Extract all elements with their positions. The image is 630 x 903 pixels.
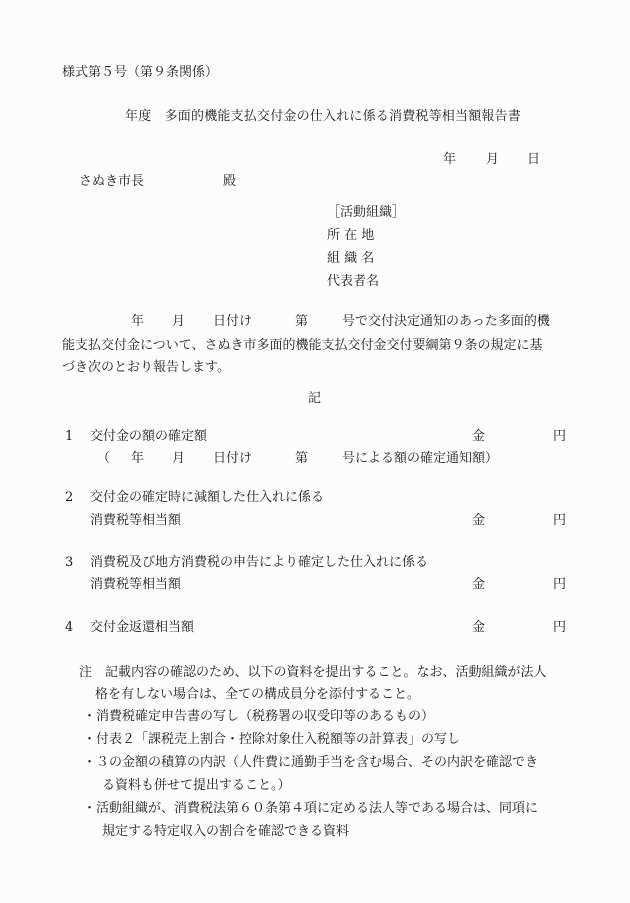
item-number: 4 <box>65 621 73 634</box>
body-line-3: づき次のとおり報告します。 <box>62 361 230 374</box>
item-1-yen: 円 <box>553 430 566 443</box>
date-year-label: 年 <box>443 153 456 166</box>
body-month-label: 月 <box>172 315 185 328</box>
notice-year-label: 年 <box>131 452 144 465</box>
notice-open-paren: （ <box>97 452 110 465</box>
item-4-yen: 円 <box>553 621 566 634</box>
item-1-notice-line: （ 年 月 日付け 第 号による額の確定通知額） <box>0 452 630 466</box>
item-3-yen: 円 <box>553 578 566 591</box>
notice-rest: 号による額の確定通知額） <box>342 452 498 465</box>
note-bullet-3: ・３の金額の積算の内訳（人件費に通勤手当を含む場合、その内訳を確認でき <box>83 756 538 769</box>
note-bullet-2: ・付表２「課税売上割合・控除対象仕入税額等の計算表」の写し <box>83 733 460 746</box>
body-dated-label: 日付け <box>213 315 252 328</box>
addressee-honorific: 殿 <box>223 175 236 188</box>
organization-heading: ［活動組織］ <box>327 206 405 229</box>
item-label: 交付金の額の確定額 <box>90 430 207 443</box>
item-2-line-2: 消費税等相当額 <box>90 514 181 527</box>
date-day-label: 日 <box>527 153 540 166</box>
document-title: 年度 多面的機能支払交付金の仕入れに係る消費税等相当額報告書 <box>125 110 521 123</box>
item-label: 交付金の確定時に減額した仕入れに係る <box>90 491 324 504</box>
organization-name-label: 組 織 名 <box>327 252 405 275</box>
item-label: 消費税及び地方消費税の申告により確定した仕入れに係る <box>90 556 428 569</box>
item-number: 3 <box>65 556 73 569</box>
date-month-label: 月 <box>486 153 499 166</box>
note-bullet-4-cont: 規定する特定収入の割合を確認できる資料 <box>102 825 349 838</box>
addressee-name: さぬき市長 <box>79 174 144 189</box>
item-label: 交付金返還相当額 <box>90 621 194 634</box>
item-3-kin: 金 <box>472 578 485 591</box>
body-number-label: 第 <box>295 315 308 328</box>
notice-dated-label: 日付け <box>213 452 252 465</box>
form-number: 様式第５号（第９条関係） <box>62 66 218 79</box>
item-number: 1 <box>65 430 73 443</box>
item-1-kin: 金 <box>472 430 485 443</box>
note-bullet-1: ・消費税確定申告書の写し（税務署の収受印等のあるもの） <box>83 710 434 723</box>
body-line-1: 年 月 日付け 第 号で交付決定通知のあった多面的機 <box>0 315 630 329</box>
item-4-kin: 金 <box>472 621 485 634</box>
note-line-1: 注 記載内容の確認のため、以下の資料を提出すること。なお、活動組織が法人 <box>79 666 546 679</box>
note-bullet-3-cont: る資料も併せて提出すること。） <box>102 779 291 792</box>
item-3-line-2: 消費税等相当額 <box>90 578 181 591</box>
body-year-label: 年 <box>131 315 144 328</box>
addressee: さぬき市長 殿 <box>79 175 144 188</box>
notice-number-label: 第 <box>295 452 308 465</box>
notice-month-label: 月 <box>172 452 185 465</box>
item-2-yen: 円 <box>553 514 566 527</box>
organization-block: ［活動組織］ 所 在 地 組 織 名 代表者名 <box>327 206 405 298</box>
item-number: 2 <box>65 491 73 504</box>
body-line-2: 能支払交付金について、さぬき市多面的機能支払交付金交付要綱第９条の規定に基 <box>62 339 542 352</box>
representative-label: 代表者名 <box>327 275 405 298</box>
ki-heading: 記 <box>308 392 321 405</box>
address-label: 所 在 地 <box>327 229 405 252</box>
note-line-2: 格を有しない場合は、全ての構成員分を添付すること。 <box>95 688 420 701</box>
item-2-kin: 金 <box>472 514 485 527</box>
note-bullet-4: ・活動組織が、消費税法第６０条第４項に定める法人等である場合は、同項に <box>83 802 538 815</box>
body-line1-rest: 号で交付決定通知のあった多面的機 <box>342 315 550 328</box>
